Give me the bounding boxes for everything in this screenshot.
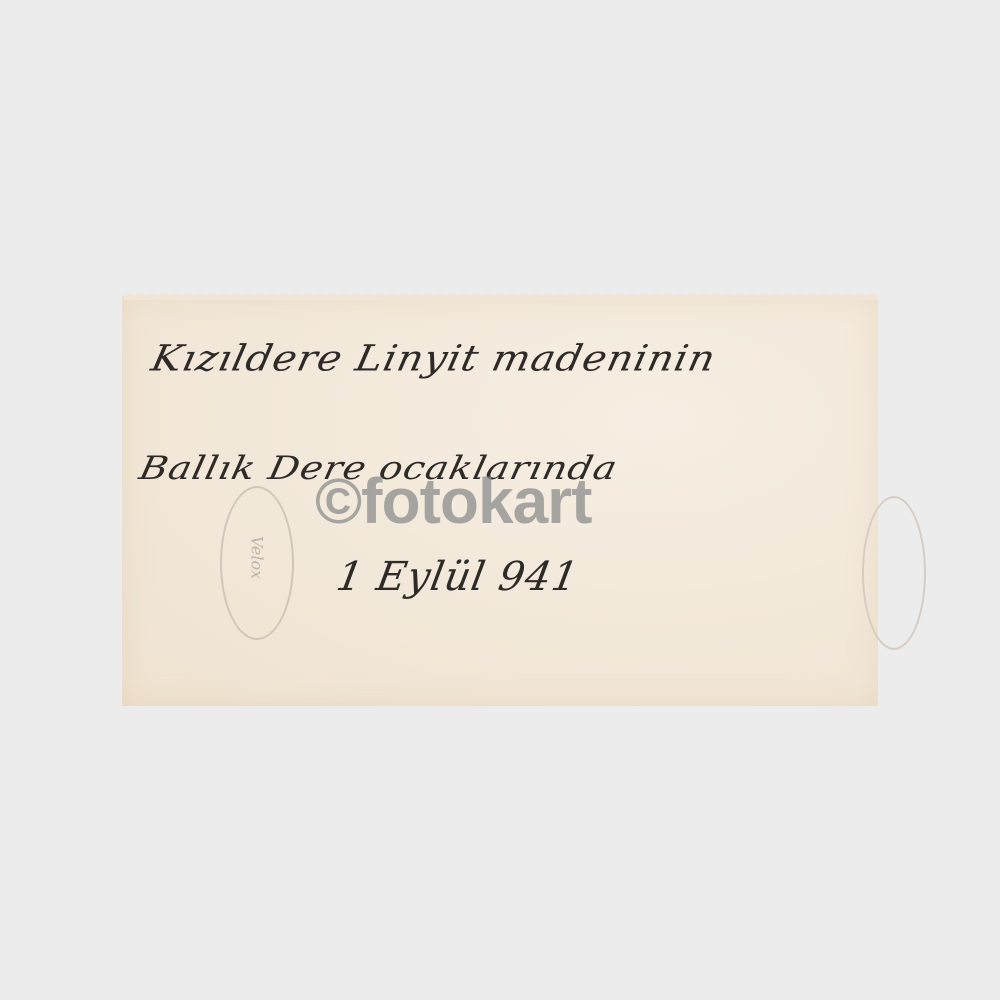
scalloped-edge [122,290,878,300]
partial-stamp [862,496,926,650]
handwriting-line-1: Kızıldere Linyit madeninin [148,338,720,379]
velox-stamp: Velox [220,486,294,640]
handwriting-line-3: 1 Eylül 941 [333,554,582,600]
photo-back-card: Velox Kızıldere Linyit madeninin Ballık … [122,296,878,706]
watermark: ©fotokart [315,464,591,538]
stamp-text: Velox [248,529,267,587]
